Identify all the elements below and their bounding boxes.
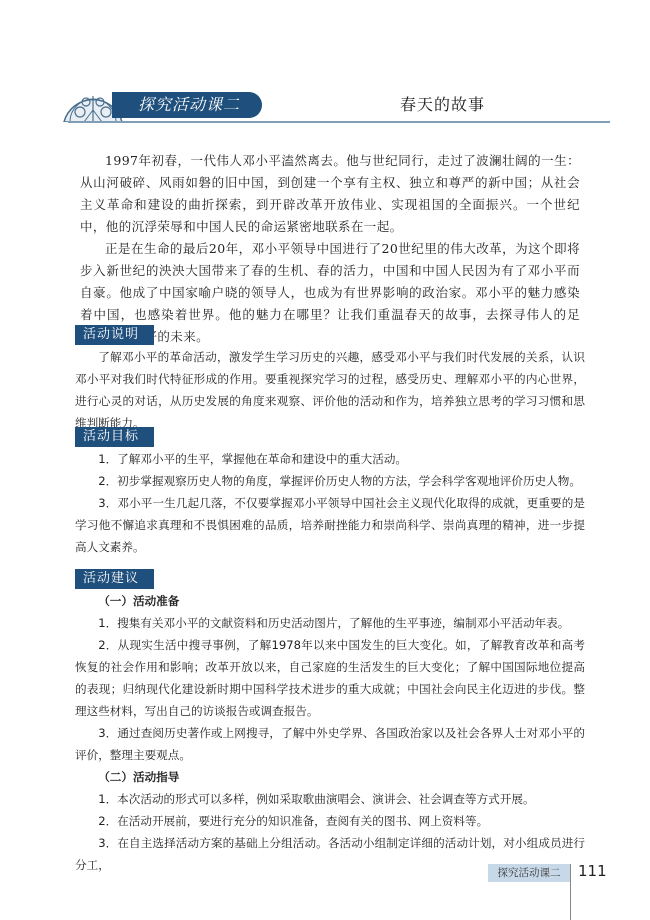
section-heading-suggestions: 活动建议 [75, 569, 154, 589]
goal-item: 1．了解邓小平的生平，掌握他在革命和建设中的重大活动。 [75, 448, 585, 470]
intro-text: 1997年初春，一代伟人邓小平溘然离去。他与世纪同行，走过了波澜壮阔的一生：从山… [80, 150, 580, 348]
page-title: 春天的故事 [400, 92, 485, 118]
guide-item: 2．在活动开展前，要进行充分的知识准备，查阅有关的图书、网上资料等。 [75, 810, 585, 832]
subheading-guide: （二）活动指导 [75, 766, 585, 788]
header-divider [68, 121, 610, 123]
chapter-header: 探究活动课二 春天的故事 [60, 82, 610, 122]
subheading-prep: （一）活动准备 [75, 590, 585, 612]
goals-body: 1．了解邓小平的生平，掌握他在革命和建设中的重大活动。 2．初步掌握观察历史人物… [75, 448, 585, 558]
goal-item: 2．初步掌握观察历史人物的角度，掌握评价历史人物的方法，学会科学客观地评价历史人… [75, 470, 585, 492]
footer-lesson-label: 探究活动课二 [488, 864, 570, 882]
goal-item: 3．邓小平一生几起几落，不仅要掌握邓小平领导中国社会主义现代化取得的成就，更重要… [75, 492, 585, 558]
section-heading-description: 活动说明 [75, 325, 154, 345]
footer-divider [570, 864, 571, 920]
lesson-label: 探究活动课二 [112, 92, 262, 118]
page-number: 111 [578, 862, 607, 880]
section-heading-goals: 活动目标 [75, 427, 154, 447]
description-body: 了解邓小平的革命活动，激发学生学习历史的兴趣，感受邓小平与我们时代发展的关系，认… [75, 346, 585, 434]
intro-paragraph: 正是在生命的最后20年，邓小平领导中国进行了20世纪里的伟大改革，为这个即将步入… [80, 238, 580, 348]
intro-paragraph: 1997年初春，一代伟人邓小平溘然离去。他与世纪同行，走过了波澜壮阔的一生：从山… [80, 150, 580, 238]
suggestions-body: （一）活动准备 1．搜集有关邓小平的文献资料和历史活动图片，了解他的生平事迹，编… [75, 590, 585, 876]
prep-item: 1．搜集有关邓小平的文献资料和历史活动图片，了解他的生平事迹，编制邓小平活动年表… [75, 612, 585, 634]
prep-item: 2．从现实生活中搜寻事例，了解1978年以来中国发生的巨大变化。如，了解教育改革… [75, 634, 585, 722]
description-paragraph: 了解邓小平的革命活动，激发学生学习历史的兴趣，感受邓小平与我们时代发展的关系，认… [75, 346, 585, 434]
guide-item: 1．本次活动的形式可以多样，例如采取歌曲演唱会、演讲会、社会调查等方式开展。 [75, 788, 585, 810]
prep-item: 3．通过查阅历史著作或上网搜寻，了解中外史学界、各国政治家以及社会各界人士对邓小… [75, 722, 585, 766]
